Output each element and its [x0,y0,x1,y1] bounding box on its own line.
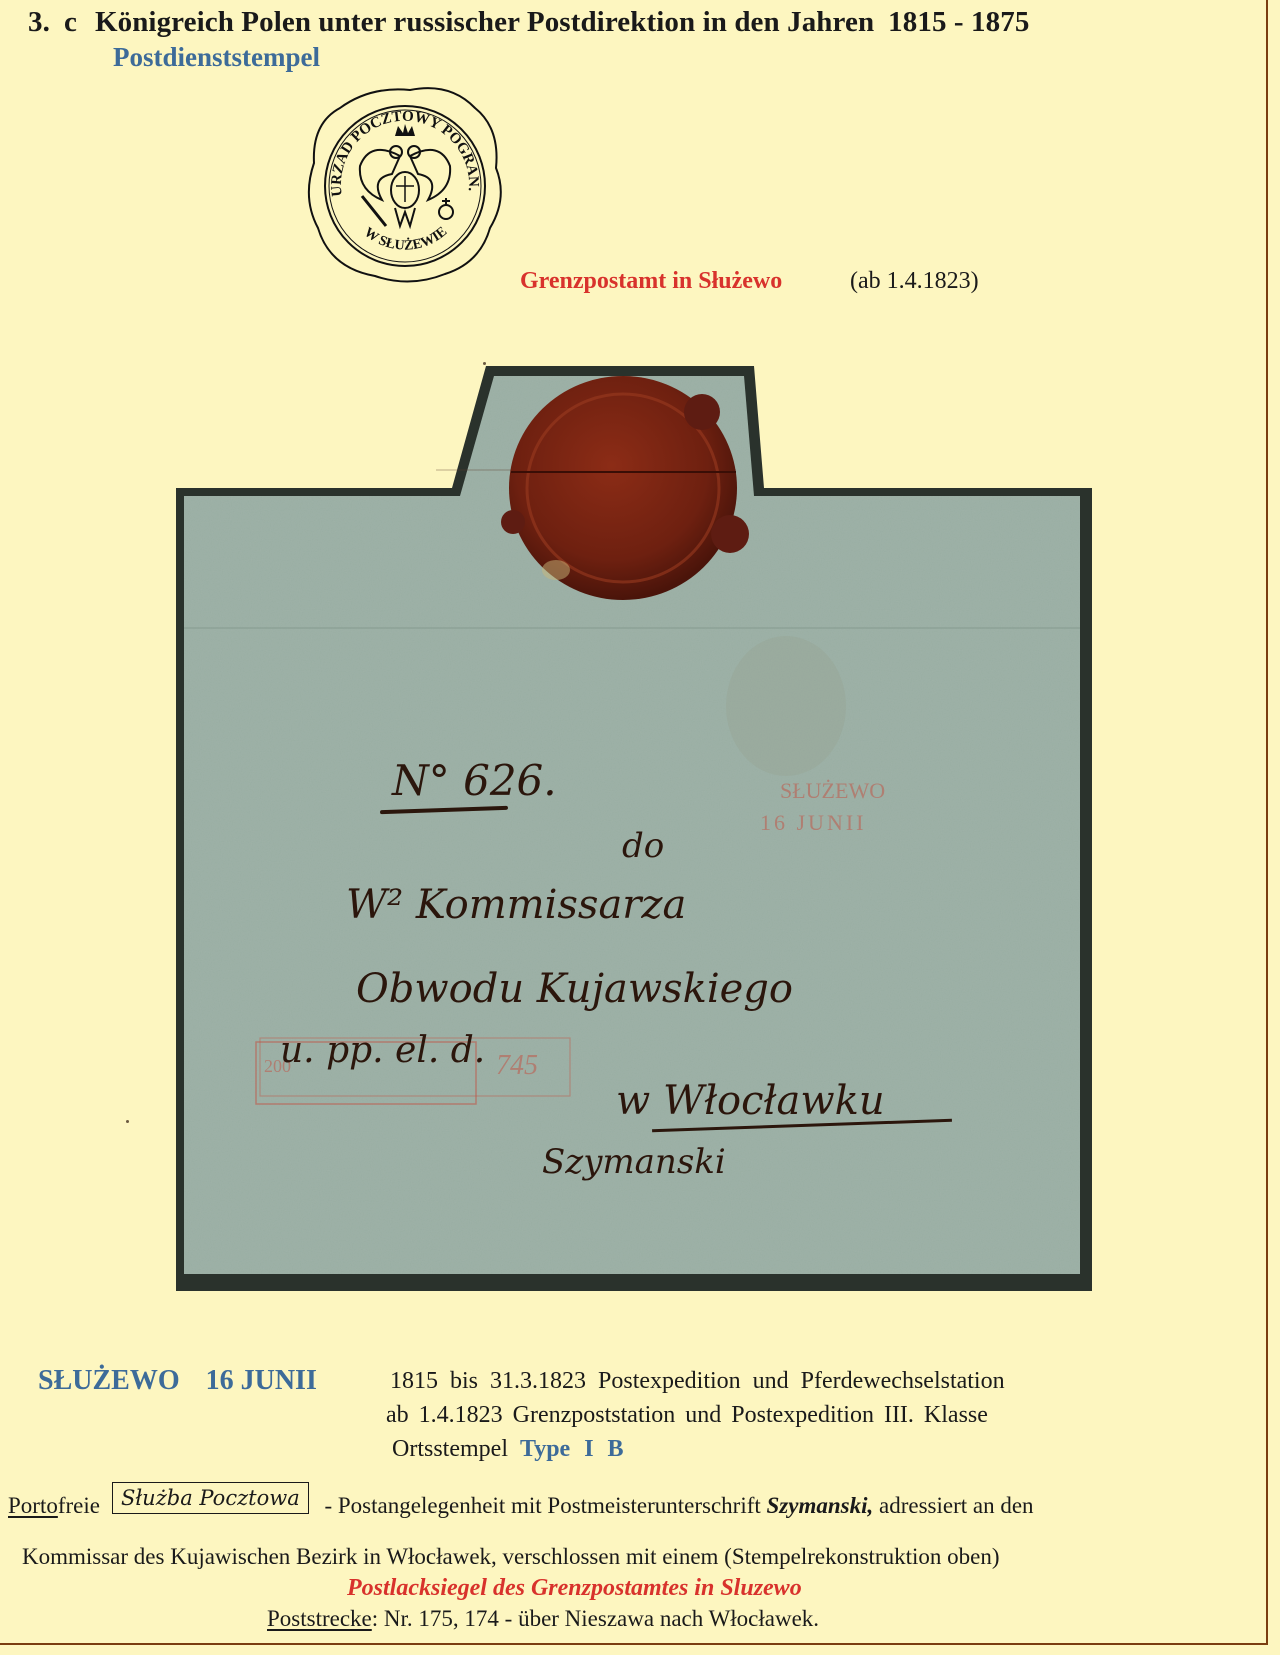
address-line-2: Obwodu Kujawskiego [356,966,793,1012]
page-title: 3.cKönigreich Polen unter russischer Pos… [28,6,1029,39]
route-line: Poststrecke: Nr. 175, 174 - über Nieszaw… [267,1606,819,1632]
stamp-type-label: Ortsstempel [392,1436,508,1462]
envelope-cover: SŁUŻEWO 16 JUNII 200 745 N° 626. do W² K… [176,366,1092,1291]
address-line-1: W² Kommissarza [346,882,686,928]
title-text: Königreich Polen unter russischer Postdi… [95,6,874,38]
location-heading: SŁUŻEWO16 JUNII [38,1365,317,1397]
svg-text:W SŁUŻEWIE: W SŁUŻEWIE [361,224,450,253]
signature: Szymanski [542,1142,726,1182]
section-letter: c [64,6,77,38]
seal-reconstruction: URZAD POCZTOWY POGRAN. W SŁUŻEWIE [300,78,510,288]
paper-speck [126,1120,129,1123]
stamp-type-line: Ortsstempel Type I B [392,1436,624,1463]
route-label: Poststrecke [267,1606,372,1631]
porto-rest: freie [58,1493,100,1518]
signer-name: Szymanski, [767,1493,874,1518]
page-border-right [1266,0,1268,1645]
title-years: 1815 - 1875 [888,6,1029,38]
boxed-service-stamp: Służba Pocztowa [112,1482,309,1514]
red-postmark-line2: 16 JUNII [760,810,867,836]
seal-drawing-icon: URZAD POCZTOWY POGRAN. W SŁUŻEWIE [300,78,510,288]
paper-speck [483,362,486,365]
office-caption-date: (ab 1.4.1823) [850,268,979,295]
location-name: SŁUŻEWO [38,1365,180,1396]
page-subtitle: Postdienststempel [113,42,320,73]
route-text: : Nr. 175, 174 - über Nieszawa nach Włoc… [372,1606,819,1631]
address-do: do [622,826,664,866]
address-line-4: w Włocławku [616,1078,885,1124]
location-date: 16 JUNII [206,1365,317,1396]
description-line-3: Postlacksiegel des Grenzpostamtes in Slu… [347,1575,802,1602]
stamp-type-value: Type I B [520,1436,624,1462]
handwritten-number: N° 626. [392,756,557,805]
description-text-b: adressiert an den [873,1493,1033,1518]
address-line-3: u. pp. el. d. [280,1030,485,1071]
page-border-bottom [0,1643,1268,1645]
history-line-1: 1815 bis 31.3.1823 Postexpedition und Pf… [390,1368,1005,1395]
red-postmark-line1: SŁUŻEWO [780,778,885,804]
description-text-a: - Postangelegenheit mit Postmeisterunter… [319,1493,767,1518]
history-line-2: ab 1.4.1823 Grenzpoststation und Postexp… [386,1402,988,1429]
office-caption-name: Grenzpostamt in Służewo [520,268,782,295]
section-number: 3. [28,6,50,38]
boxed-cancel-right: 745 [496,1050,538,1082]
description-line-2: Kommissar des Kujawischen Bezirk in Włoc… [22,1544,1000,1570]
description-line-1: PortofreieSłużba Pocztowa - Postangelege… [8,1482,1034,1519]
porto-underlined: Porto [8,1493,58,1518]
